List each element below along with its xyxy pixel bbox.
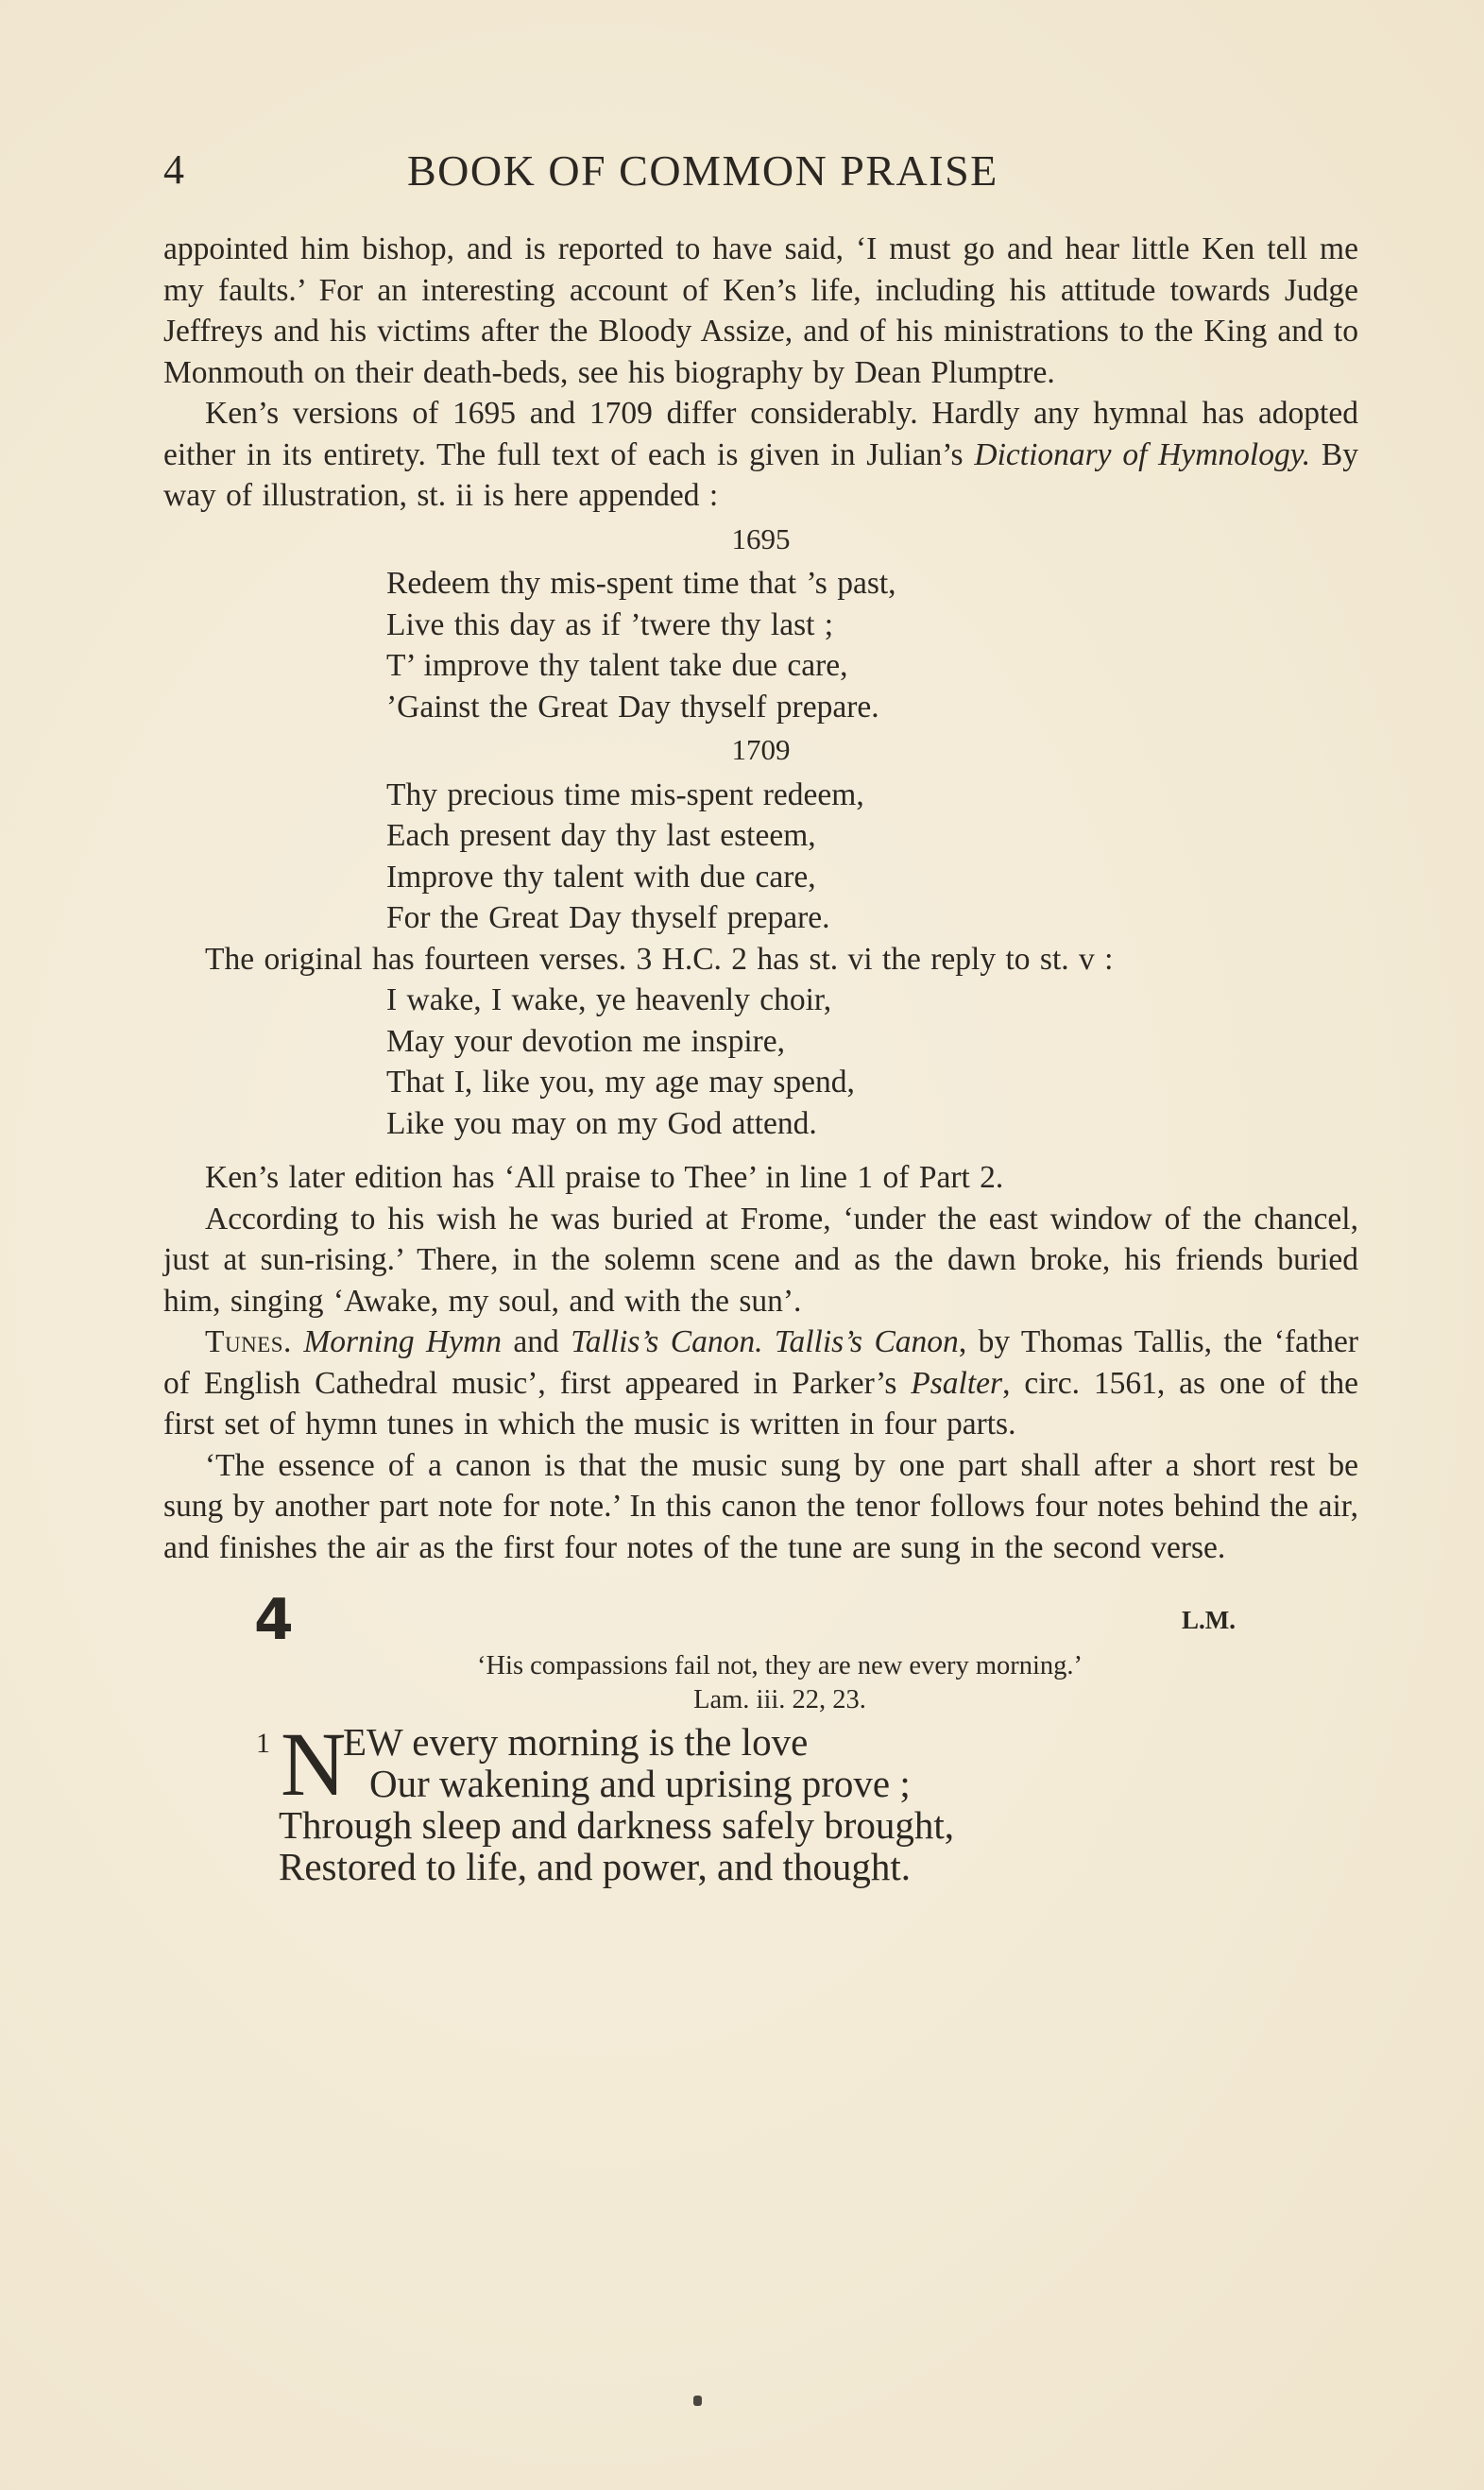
hymn-line: EW every morning is the love: [343, 1721, 1358, 1763]
paragraph-later-edition: Ken’s later edition has ‘All praise to T…: [163, 1157, 1358, 1199]
hymn-line: Our wakening and uprising prove ;: [369, 1763, 1358, 1804]
verse-line: T’ improve thy talent take due care,: [386, 645, 1358, 687]
verse-line: Like you may on my God attend.: [386, 1103, 1358, 1145]
paragraph-tunes: Tunes. Morning Hymn and Tallis’s Canon. …: [163, 1322, 1358, 1445]
page-number: 4: [163, 145, 184, 194]
verse-1709: Thy precious time mis-spent redeem, Each…: [386, 775, 1358, 939]
tune-title: Tallis’s Canon.: [571, 1324, 762, 1359]
paragraph-versions: Ken’s versions of 1695 and 1709 differ c…: [163, 393, 1358, 517]
paragraph-burial: According to his wish he was buried at F…: [163, 1199, 1358, 1322]
epigraph-quote: ‘His compassions fail not, they are new …: [201, 1649, 1358, 1683]
verse-line: Each present day thy last esteem,: [386, 815, 1358, 857]
hymn-header: 4 L.M.: [163, 1591, 1358, 1649]
verse-line: Thy precious time mis-spent redeem,: [386, 775, 1358, 816]
epigraph-reference: Lam. iii. 22, 23.: [201, 1683, 1358, 1717]
hymn-stanza-1: 1 N EW every morning is the love Our wak…: [163, 1721, 1358, 1887]
verse-line: Live this day as if ’twere thy last ;: [386, 605, 1358, 646]
drop-cap: N: [281, 1725, 346, 1804]
hymn-line: Restored to life, and power, and thought…: [279, 1846, 1358, 1887]
verse-line: I wake, I wake, ye heavenly choir,: [386, 980, 1358, 1021]
stanza-number: 1: [256, 1723, 270, 1765]
verse-line: May your devotion me inspire,: [386, 1021, 1358, 1063]
verse-line: Improve thy talent with due care,: [386, 857, 1358, 898]
ink-speck: [693, 2396, 702, 2406]
book-page: 4 BOOK OF COMMON PRAISE appointed him bi…: [163, 142, 1358, 1887]
verse-reply: I wake, I wake, ye heavenly choir, May y…: [386, 980, 1358, 1144]
book-title-dictionary: Dictionary of Hymnology.: [974, 437, 1310, 472]
tune-title: Morning Hymn: [303, 1324, 502, 1359]
book-title-psalter: Psalter: [911, 1366, 1002, 1401]
running-title: BOOK OF COMMON PRAISE: [407, 145, 998, 196]
verse-1695: Redeem thy mis-spent time that ’s past, …: [386, 563, 1358, 727]
verse-line: That I, like you, my age may spend,: [386, 1062, 1358, 1103]
paragraph-original-verses: The original has fourteen verses. 3 H.C.…: [163, 939, 1358, 981]
paragraph-canon: ‘The essence of a canon is that the musi…: [163, 1445, 1358, 1569]
year-heading-1695: 1695: [163, 519, 1358, 560]
verse-line: For the Great Day thyself prepare.: [386, 897, 1358, 939]
year-heading-1709: 1709: [163, 729, 1358, 771]
commentary-text: appointed him bishop, and is reported to…: [163, 229, 1358, 1568]
hymn-epigraph: ‘His compassions fail not, they are new …: [201, 1649, 1358, 1717]
tune-title: Tallis’s Canon: [775, 1324, 959, 1359]
hymn-line: Through sleep and darkness safely brough…: [279, 1804, 1358, 1846]
tunes-label: Tunes.: [205, 1324, 292, 1359]
paragraph-ken-bishop: appointed him bishop, and is reported to…: [163, 229, 1358, 393]
verse-line: Redeem thy mis-spent time that ’s past,: [386, 563, 1358, 605]
hymn-meter: L.M.: [1182, 1606, 1236, 1635]
hymn-number: 4: [254, 1587, 294, 1653]
running-head: 4 BOOK OF COMMON PRAISE: [163, 142, 1358, 208]
verse-line: ’Gainst the Great Day thyself prepare.: [386, 687, 1358, 728]
